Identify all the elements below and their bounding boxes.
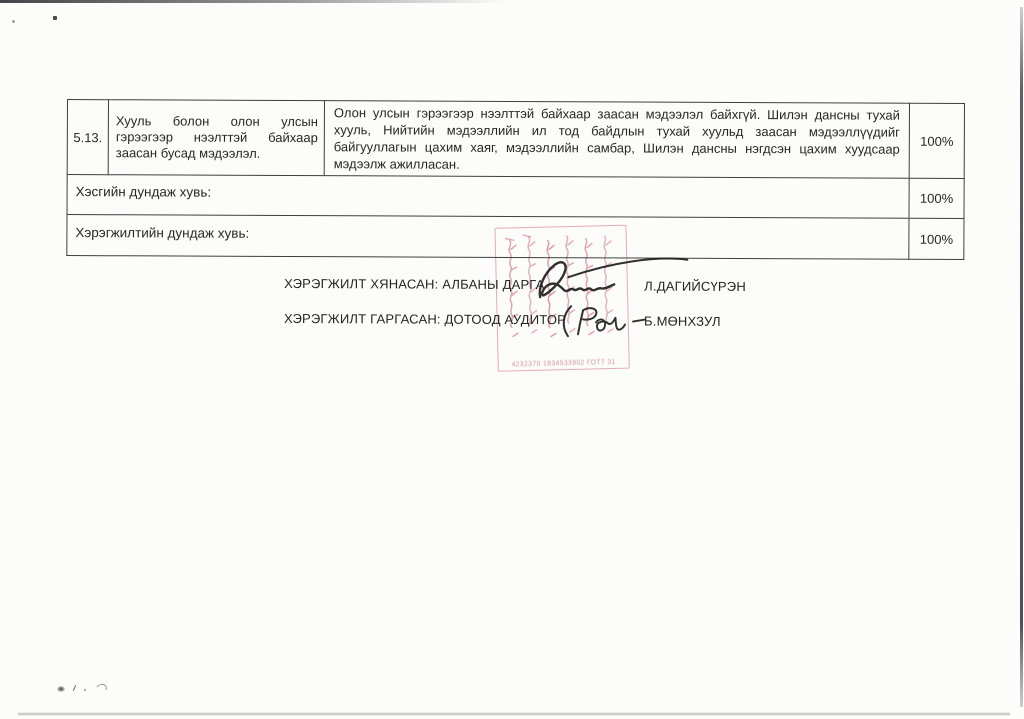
scanned-document-page: 4232370 1834533902 ГОТ7 31 5.13. Хууль б… [0,0,1024,719]
table-row-section-average: Хэсгийн дундаж хувь: 100% [67,175,964,219]
compliance-table: 5.13. Хууль болон олон улсын гэрээгээр н… [66,99,965,260]
scan-edge-top [0,0,505,3]
scan-edge-bottom [18,713,1010,715]
ink-dot [53,16,57,20]
percent-cell: 100% [909,103,964,178]
implementation-average-label-cell: Хэрэгжилтийн дундаж хувь: [67,215,909,260]
implementation-cell: Олон улсын гэрээгээр нээлттэй байхаар за… [324,101,909,179]
scan-edge-right [1020,7,1023,707]
table-row-5-13: 5.13. Хууль болон олон улсын гэрээгээр н… [67,100,964,179]
pencil-smudge [57,686,65,692]
section-average-label-cell: Хэсгийн дундаж хувь: [67,175,909,219]
prepared-by-label: ХЭРЭГЖИЛТ ГАРГАСАН: ДОТООД АУДИТОР [284,311,566,327]
handwritten-signature-auditor [555,300,650,342]
reviewed-by-label: ХЭРЭГЖИЛТ ХЯНАСАН: АЛБАНЫ ДАРГА [284,276,544,292]
percent-cell: 100% [909,178,964,218]
stamp-footer-text: 4232370 1834533902 ГОТ7 31 [502,359,626,369]
pencil-smudge [84,689,86,691]
document-sheet: 4232370 1834533902 ГОТ7 31 5.13. Хууль б… [0,0,1024,719]
ink-dot [12,20,15,23]
table-row-implementation-average: Хэрэгжилтийн дундаж хувь: 100% [67,215,964,260]
requirement-cell: Хууль болон олон улсын гэрээгээр нээлттэ… [108,100,324,176]
row-number-cell: 5.13. [67,100,108,175]
preparer-name: Б.МӨНХЗУЛ [644,314,721,329]
percent-cell: 100% [909,218,964,259]
